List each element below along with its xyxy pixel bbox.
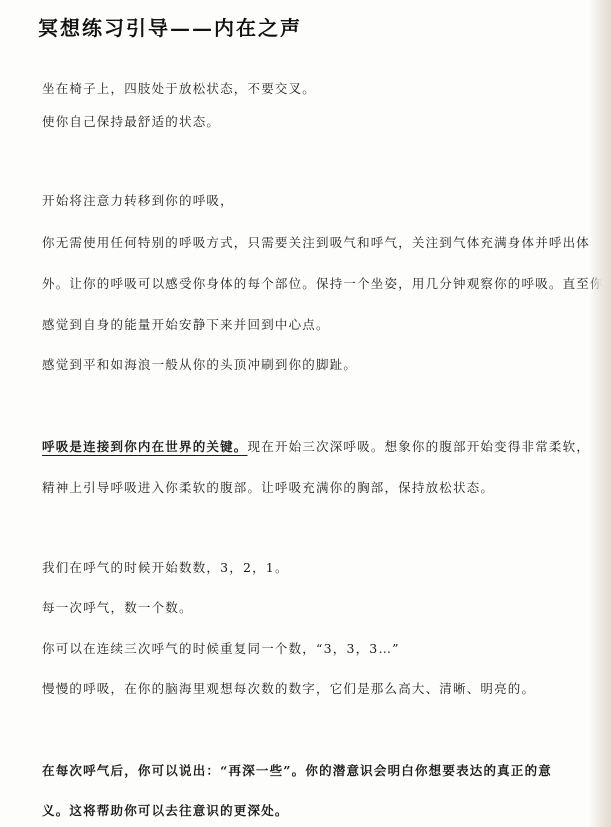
paragraph-deeper-line-2: 义。这将帮助你可以去往意识的更深处。 [42, 801, 289, 819]
emphasized-key-sentence: 呼吸是连接到你内在世界的关键。 [42, 439, 248, 454]
deep-breath-text: 现在开始三次深呼吸。想象你的腹部开始变得非常柔软， [248, 439, 591, 454]
paragraph-comfort: 使你自己保持最舒适的状态。 [42, 112, 220, 130]
paragraph-counting: 我们在呼气的时候开始数数，3，2，1。 [42, 558, 289, 576]
paragraph-key-line-1: 呼吸是连接到你内在世界的关键。现在开始三次深呼吸。想象你的腹部开始变得非常柔软， [42, 437, 590, 455]
paragraph-visualize: 慢慢的呼吸，在你的脑海里观想每次数的数字，它们是那么高大、清晰、明亮的。 [42, 679, 535, 697]
paragraph-wave: 感觉到平和如海浪一般从你的头顶冲刷到你的脚趾。 [42, 355, 357, 373]
paragraph-deeper-line-1: 在每次呼气后，你可以说出：“再深一些”。你的潜意识会明白你想要表达的真正的意 [42, 761, 552, 779]
paragraph-breath-line-3: 感觉到自身的能量开始安静下来并回到中心点。 [42, 315, 330, 333]
paragraph-sit-posture: 坐在椅子上，四肢处于放松状态，不要交叉。 [42, 79, 316, 97]
document-page: 冥想练习引导——内在之声 坐在椅子上，四肢处于放松状态，不要交叉。 使你自己保持… [0, 0, 611, 827]
paragraph-key-line-2: 精神上引导呼吸进入你柔软的腹部。让呼吸充满你的胸部，保持放松状态。 [42, 478, 494, 496]
paragraph-one-count: 每一次呼气，数一个数。 [42, 598, 193, 616]
paragraph-breath-focus: 开始将注意力转移到你的呼吸， [42, 191, 234, 209]
document-title: 冥想练习引导——内在之声 [38, 12, 302, 41]
page-edge-shadow [589, 0, 611, 827]
paragraph-repeat-count: 你可以在连续三次呼气的时候重复同一个数，“3，3，3…” [42, 639, 400, 657]
paragraph-breath-line-1: 你无需使用任何特别的呼吸方式，只需要关注到吸气和呼气，关注到气体充满身体并呼出体 [42, 233, 590, 251]
paragraph-breath-line-2: 外。让你的呼吸可以感受你身体的每个部位。保持一个坐姿，用几分钟观察你的呼吸。直至… [42, 274, 604, 292]
